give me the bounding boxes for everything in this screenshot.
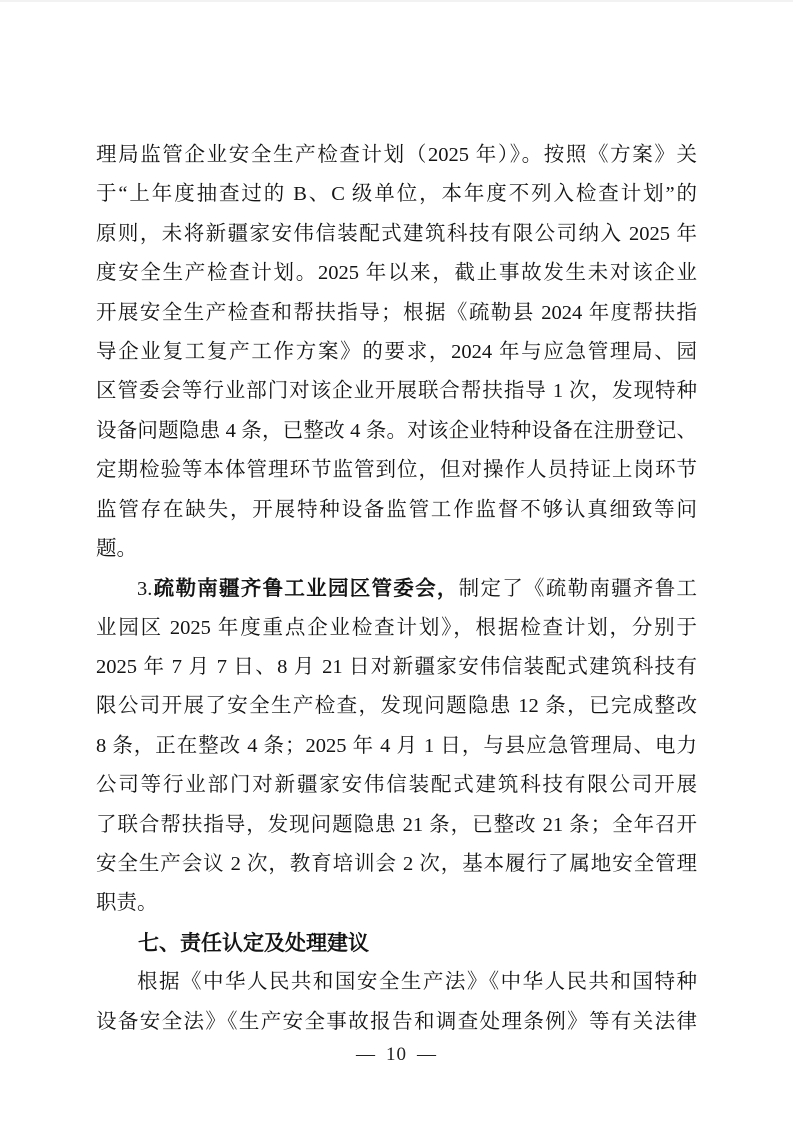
paragraph1-line: 于“上年度抽查过的 B、C 级单位，本年度不列入检查计划”的	[96, 175, 697, 214]
paragraph1-line: 理局监管企业安全生产检查计划（2025 年）》。按照《方案》关	[96, 136, 697, 175]
paragraph2-line: 业园区 2025 年度重点企业检查计划》，根据检查计划，分别于	[96, 609, 697, 648]
paragraph2-line: 2025 年 7 月 7 日、8 月 21 日对新疆家安伟信装配式建筑科技有	[96, 648, 697, 687]
paragraph1-line: 度安全生产检查计划。2025 年以来，截止事故发生未对该企业	[96, 254, 697, 293]
document-page: 理局监管企业安全生产检查计划（2025 年）》。按照《方案》关 于“上年度抽查过…	[0, 0, 793, 1124]
paragraph1-line: 监管存在缺失，开展特种设备监管工作监督不够认真细致等问	[96, 491, 697, 530]
page-number: 10	[386, 1044, 407, 1065]
paragraph2-first-line: 3.疏勒南疆齐鲁工业园区管委会，制定了《疏勒南疆齐鲁工	[96, 569, 697, 608]
paragraph2-line: 8 条，正在整改 4 条；2025 年 4 月 1 日，与县应急管理局、电力	[96, 727, 697, 766]
org-name-bold: 疏勒南疆齐鲁工业园区管委会，	[152, 577, 458, 600]
paragraph1-line: 定期检验等本体管理环节监管到位，但对操作人员持证上岗环节	[96, 451, 697, 490]
page-footer: —10—	[0, 1040, 793, 1070]
footer-right-dash: —	[407, 1044, 447, 1065]
paragraph3-line: 根据《中华人民共和国安全生产法》《中华人民共和国特种	[96, 963, 697, 1002]
paragraph2-line: 公司等行业部门对新疆家安伟信装配式建筑科技有限公司开展	[96, 766, 697, 805]
section-heading: 七、责任认定及处理建议	[96, 924, 697, 963]
paragraph2-last-line: 职责。	[96, 884, 697, 923]
paragraph2-line: 安全生产会议 2 次，教育培训会 2 次，基本履行了属地安全管理	[96, 845, 697, 884]
body-text: 理局监管企业安全生产检查计划（2025 年）》。按照《方案》关 于“上年度抽查过…	[96, 136, 697, 1042]
paragraph1-line: 区管委会等行业部门对该企业开展联合帮扶指导 1 次，发现特种	[96, 372, 697, 411]
paragraph1-line: 设备问题隐患 4 条，已整改 4 条。对该企业特种设备在注册登记、	[96, 412, 697, 451]
item-number: 3.	[137, 578, 152, 600]
paragraph2-first-line-rest: 制定了《疏勒南疆齐鲁工	[459, 578, 697, 600]
paragraph2-line: 了联合帮扶指导，发现问题隐患 21 条，已整改 21 条；全年召开	[96, 806, 697, 845]
paragraph3-line: 设备安全法》《生产安全事故报告和调查处理条例》等有关法律	[96, 1003, 697, 1042]
paragraph2-line: 限公司开展了安全生产检查，发现问题隐患 12 条，已完成整改	[96, 687, 697, 726]
paragraph1-line: 原则，未将新疆家安伟信装配式建筑科技有限公司纳入 2025 年	[96, 215, 697, 254]
paragraph1-line: 导企业复工复产工作方案》的要求，2024 年与应急管理局、园	[96, 333, 697, 372]
paragraph1-last-line: 题。	[96, 530, 697, 569]
paragraph1-line: 开展安全生产检查和帮扶指导；根据《疏勒县 2024 年度帮扶指	[96, 294, 697, 333]
footer-left-dash: —	[346, 1044, 386, 1065]
